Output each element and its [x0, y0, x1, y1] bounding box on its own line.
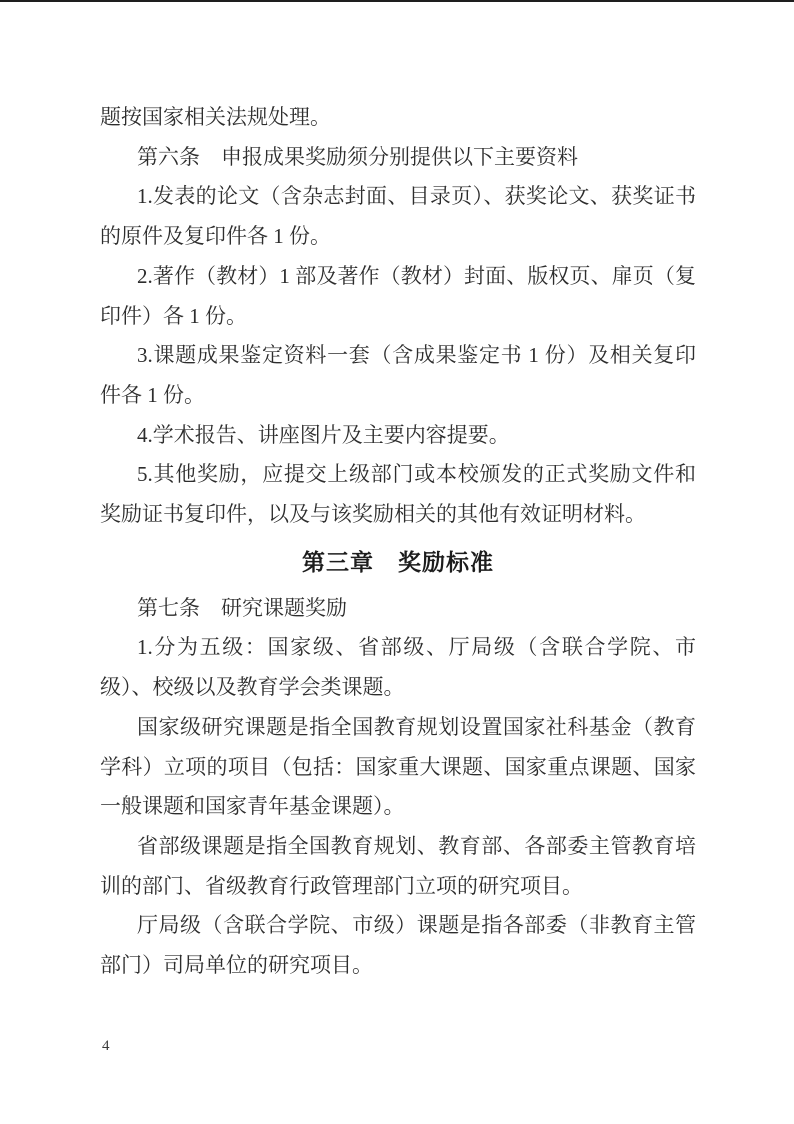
paragraph-article-seven: 第七条 研究课题奖励 — [100, 589, 696, 629]
paragraph-item-3: 3.课题成果鉴定资料一套（含成果鉴定书 1 份）及相关复印件各 1 份。 — [100, 336, 696, 415]
paragraph-provincial-level: 省部级课题是指全国教育规划、教育部、各部委主管教育培训的部门、省级教育行政管理部… — [100, 827, 696, 906]
paragraph-item-5: 5.其他奖励，应提交上级部门或本校颁发的正式奖励文件和奖励证书复印件，以及与该奖… — [100, 455, 696, 534]
paragraph-article-six: 第六条 申报成果奖励须分别提供以下主要资料 — [100, 138, 696, 178]
document-page: 题按国家相关法规处理。 第六条 申报成果奖励须分别提供以下主要资料 1.发表的论… — [0, 0, 794, 1124]
paragraph-item-1: 1.发表的论文（含杂志封面、目录页）、获奖论文、获奖证书的原件及复印件各 1 份… — [100, 177, 696, 256]
page-top-edge-line — [0, 0, 794, 2]
paragraph-five-levels: 1.分为五级：国家级、省部级、厅局级（含联合学院、市级）、校级以及教育学会类课题… — [100, 628, 696, 707]
chapter-heading: 第三章 奖励标准 — [100, 535, 696, 589]
paragraph-bureau-level: 厅局级（含联合学院、市级）课题是指各部委（非教育主管部门）司局单位的研究项目。 — [100, 906, 696, 985]
paragraph-national-level: 国家级研究课题是指全国教育规划设置国家社科基金（教育学科）立项的项目（包括：国家… — [100, 708, 696, 827]
paragraph-continuation: 题按国家相关法规处理。 — [100, 98, 696, 138]
paragraph-item-2: 2.著作（教材）1 部及著作（教材）封面、版权页、扉页（复印件）各 1 份。 — [100, 257, 696, 336]
page-number: 4 — [102, 1036, 110, 1056]
page-content: 题按国家相关法规处理。 第六条 申报成果奖励须分别提供以下主要资料 1.发表的论… — [100, 98, 696, 986]
paragraph-item-4: 4.学术报告、讲座图片及主要内容提要。 — [100, 416, 696, 456]
